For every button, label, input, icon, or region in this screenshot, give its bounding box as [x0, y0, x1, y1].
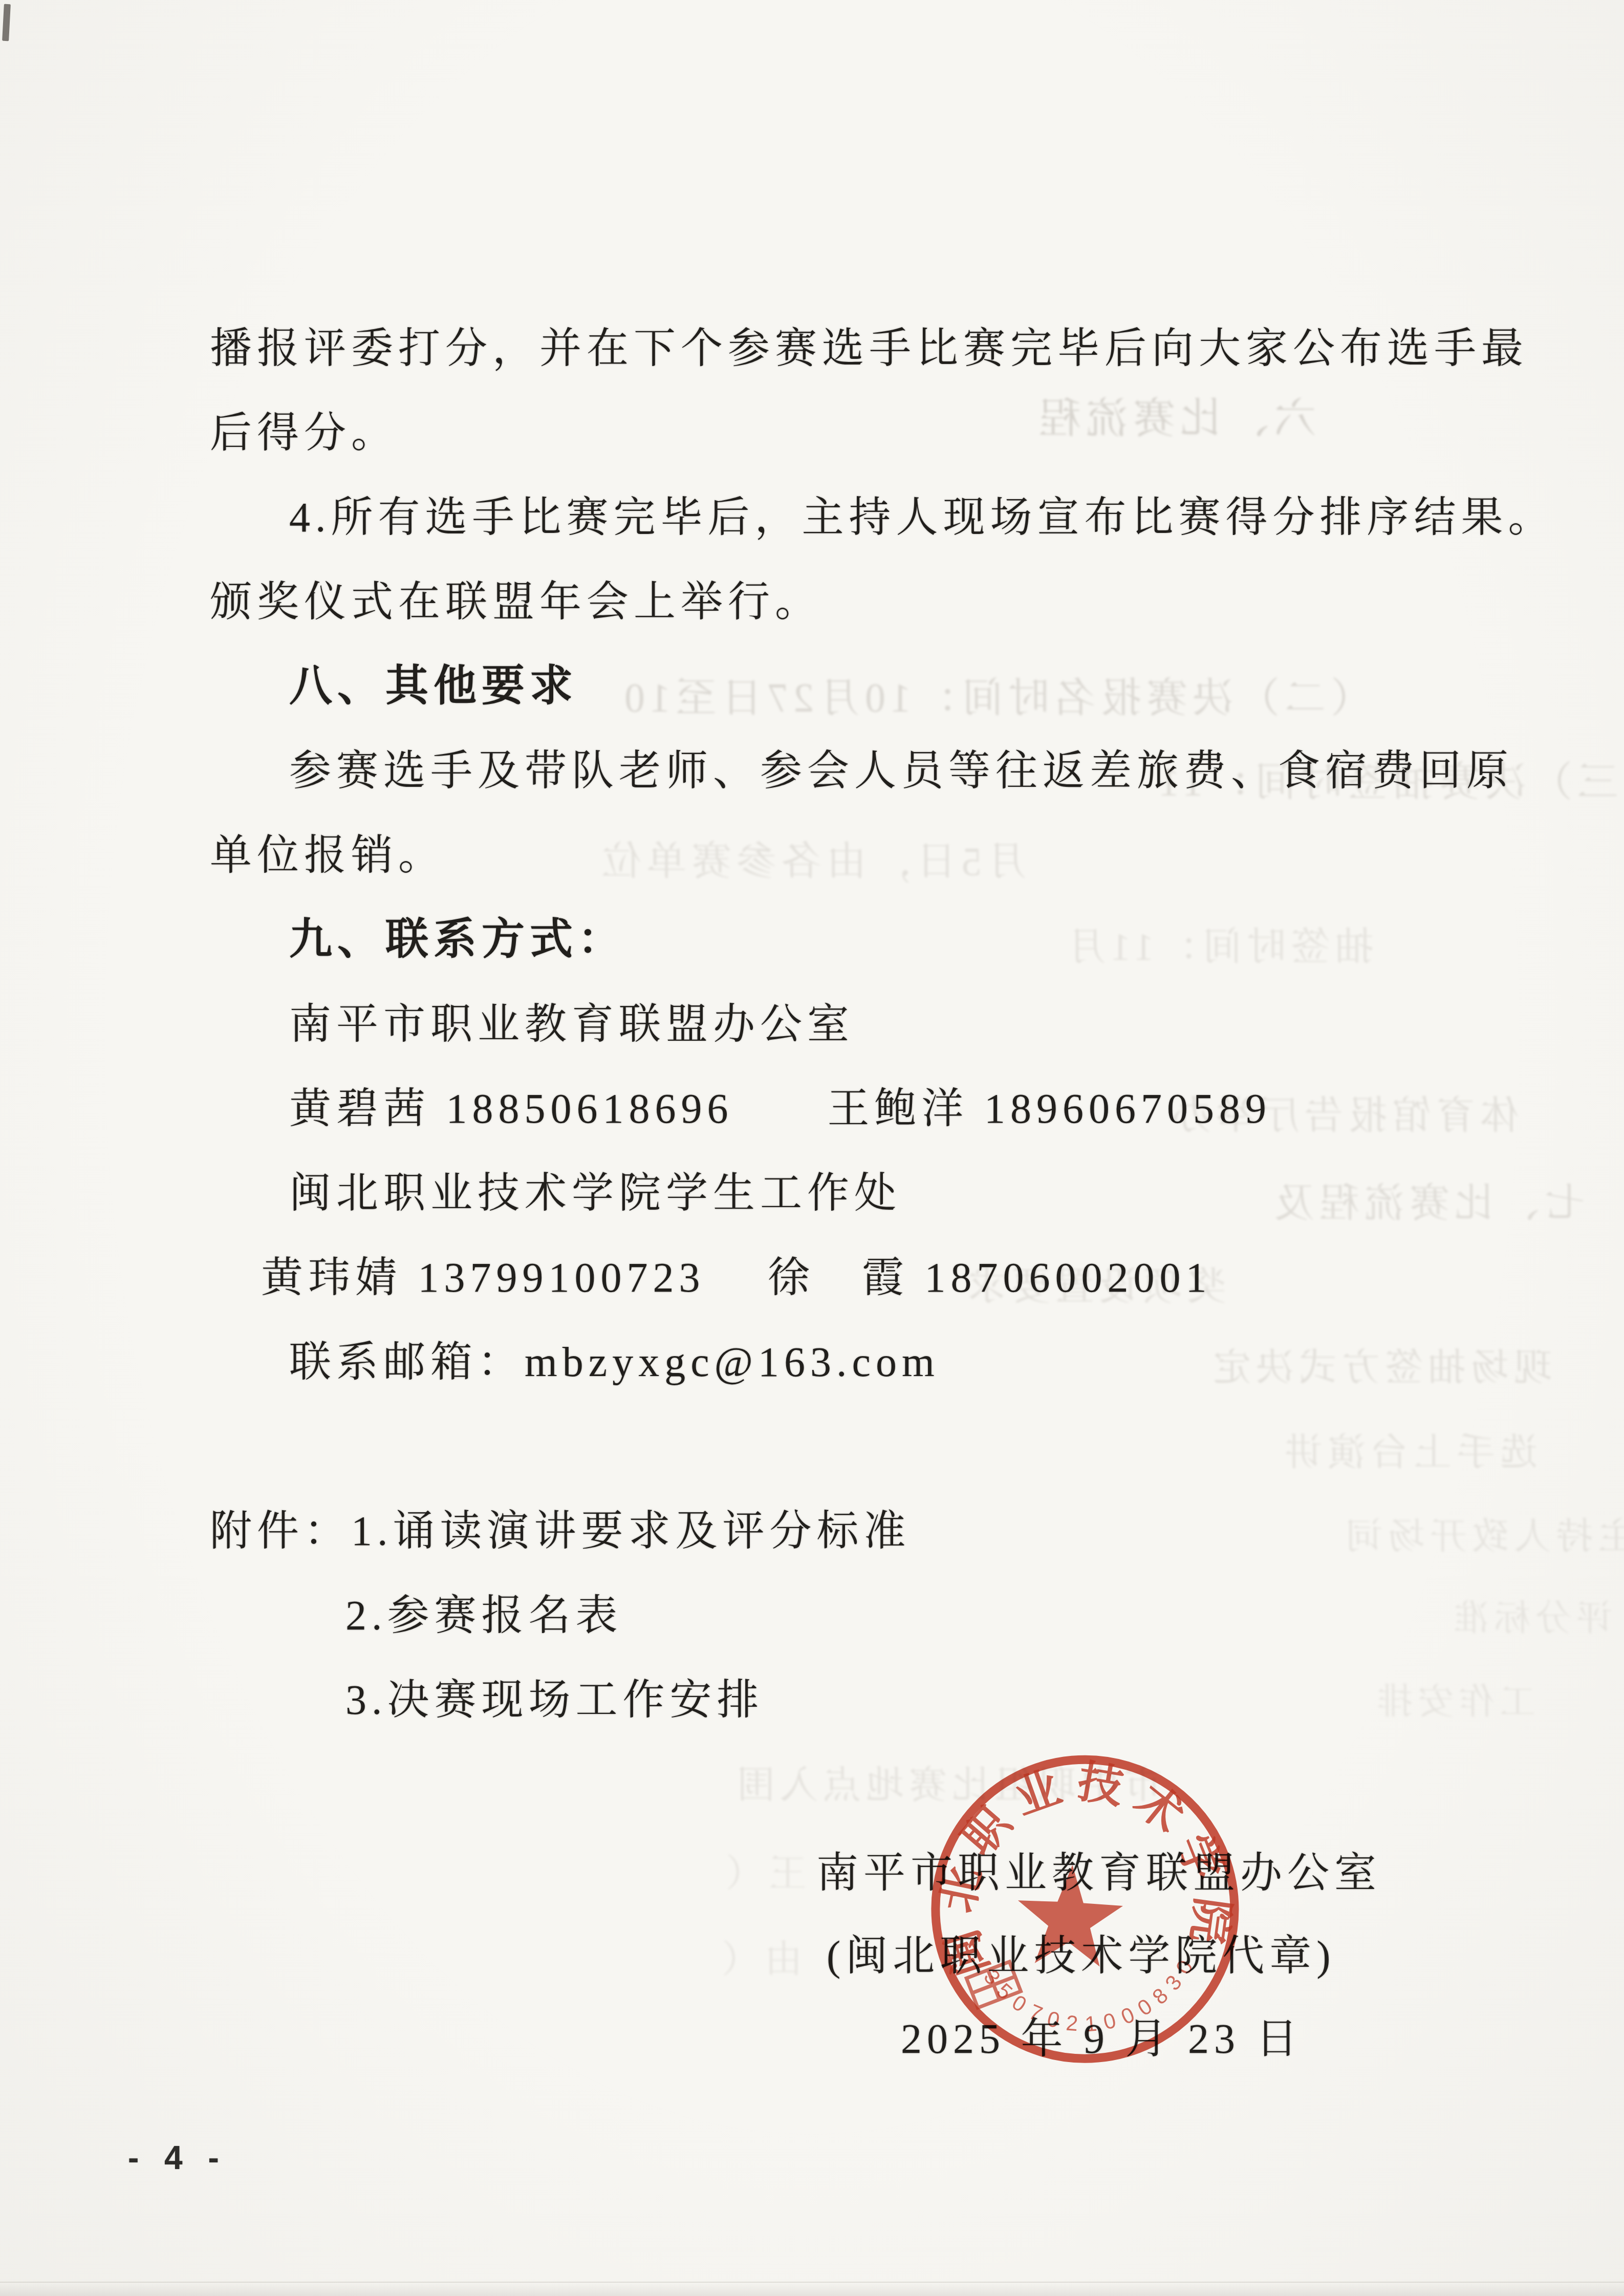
attachments-section: 附件：1.诵读演讲要求及评分标准 2.参赛报名表 3.决赛现场工作安排	[210, 1489, 1551, 1742]
body-line: 参赛选手及带队老师、参会人员等往返差旅费、食宿费回原	[210, 728, 1551, 813]
attachment-item-3: 3.决赛现场工作安排	[210, 1658, 1551, 1742]
page-number: - 4 -	[128, 2139, 227, 2177]
body-line: 联系邮箱：mbzyxgc@163.com	[210, 1320, 1551, 1404]
attachments-label-line: 附件：1.诵读演讲要求及评分标准	[210, 1489, 1551, 1573]
body-line: 闽北职业技术学院学生工作处	[210, 1151, 1551, 1235]
body-line: 单位报销。	[210, 813, 1551, 897]
body-line: 播报评委打分，并在下个参赛选手比赛完毕后向大家公布选手最	[210, 306, 1551, 391]
signature-date: 2025 年 9 月 23 日	[210, 1998, 1551, 2080]
seal-star-icon	[1015, 1862, 1125, 1968]
attachment-item-2: 2.参赛报名表	[210, 1573, 1551, 1658]
scan-artifact-corner-mark	[2, 4, 11, 41]
signature-org: 南平市职业教育联盟办公室	[210, 1832, 1551, 1915]
body-line: 八、其他要求	[210, 644, 1551, 728]
body-line: 4.所有选手比赛完毕后，主持人现场宣布比赛得分排序结果。	[210, 475, 1551, 560]
official-seal: 闽北职业技术学院 3507021000830	[913, 1736, 1259, 2083]
body-line: 南平市职业教育联盟办公室	[210, 982, 1551, 1066]
body-line: 九、联系方式：	[210, 897, 1551, 982]
scanned-document-page: 六、比赛流程（二）决赛报名时间：10月27日至10（三）决赛抽签时间：11月5日…	[0, 0, 1624, 2296]
scan-artifact-bottom-edge	[0, 2282, 1624, 2296]
signature-agency-note: (闽北职业技术学院代章)	[210, 1915, 1551, 1998]
body-line: 黄玮婧 13799100723 徐 霞 18706002001	[210, 1235, 1551, 1320]
document-body: 播报评委打分，并在下个参赛选手比赛完毕后向大家公布选手最后得分。4.所有选手比赛…	[210, 306, 1551, 2080]
body-line: 颁奖仪式在联盟年会上举行。	[210, 560, 1551, 644]
body-paragraphs: 播报评委打分，并在下个参赛选手比赛完毕后向大家公布选手最后得分。4.所有选手比赛…	[210, 306, 1551, 1404]
body-line: 后得分。	[210, 391, 1551, 475]
signature-block: 南平市职业教育联盟办公室 (闽北职业技术学院代章) 2025 年 9 月 23 …	[210, 1832, 1551, 2080]
body-line: 黄碧茜 18850618696 王鲍洋 18960670589	[210, 1066, 1551, 1151]
